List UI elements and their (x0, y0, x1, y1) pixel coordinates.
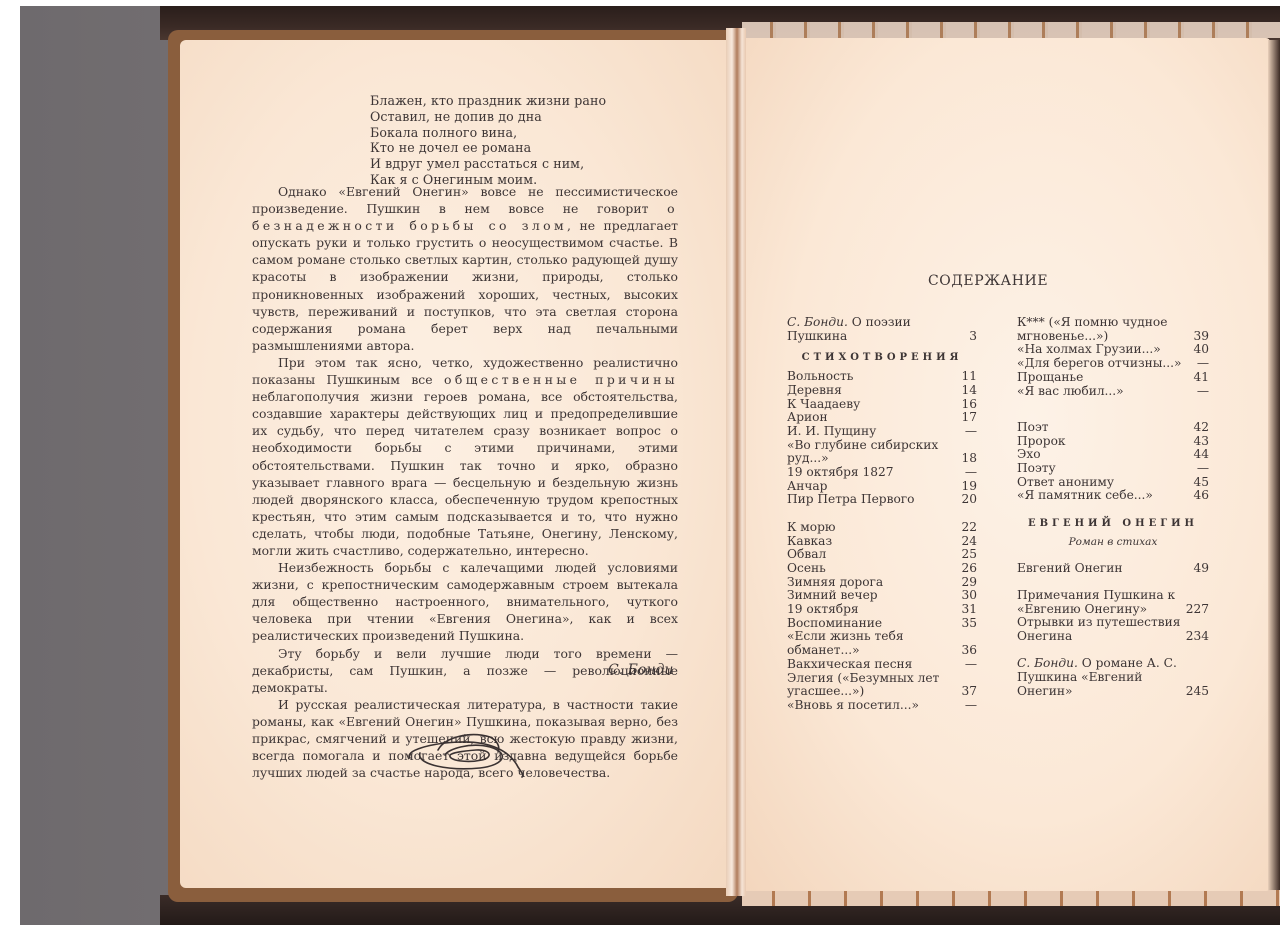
toc-group: Примечания Пушкина к «Евгению Онегину»22… (1017, 589, 1209, 644)
toc-entry-title: Обвал (787, 548, 951, 562)
toc-entry[interactable]: «Я вас любил...»— (1017, 385, 1209, 399)
toc-entry-page: 29 (951, 576, 977, 590)
toc-entry-page: — (951, 699, 977, 713)
toc-entry-page: 40 (1183, 343, 1209, 357)
toc-entry[interactable]: Отрывки из путешествия Онегина234 (1017, 616, 1209, 643)
toc-entry-title: Пир Петра Первого (787, 493, 951, 507)
toc-entry[interactable]: Кавказ24 (787, 535, 977, 549)
toc-entry-page: 18 (951, 452, 977, 466)
toc-entry-page: — (1183, 385, 1209, 399)
toc-entry-page: 45 (1183, 476, 1209, 490)
paragraph: При этом так ясно, четко, художественно … (252, 354, 678, 559)
toc-entry-page: — (951, 425, 977, 439)
toc-entry-page: 35 (951, 617, 977, 631)
verse-line: Блажен, кто праздник жизни рано (370, 93, 606, 109)
toc-entry-page: 41 (1183, 371, 1209, 385)
toc-entry[interactable]: «На холмах Грузии...»40 (1017, 343, 1209, 357)
toc-entry[interactable]: Обвал25 (787, 548, 977, 562)
toc-entry-title: Элегия («Безумных лет угасшее...») (787, 672, 951, 699)
toc-entry[interactable]: Поэту— (1017, 462, 1209, 476)
toc-entry-title: К*** («Я помню чудное мгновенье...») (1017, 316, 1183, 343)
toc-entry[interactable]: Арион17 (787, 411, 977, 425)
toc-section-onegin: ЕВГЕНИЙ ОНЕГИН (1017, 517, 1209, 531)
toc-entry-title: К морю (787, 521, 951, 535)
toc-section-subtitle: Роман в стихах (1017, 536, 1209, 550)
toc-entry-title: 19 октября 1827 (787, 466, 951, 480)
toc-entry-page: 22 (951, 521, 977, 535)
toc-entry[interactable]: Воспоминание35 (787, 617, 977, 631)
toc-entry-page: — (951, 658, 977, 672)
toc-entry-page: 39 (1183, 330, 1209, 344)
toc-entry-title: Эхо (1017, 448, 1183, 462)
toc-entry-page: 14 (951, 384, 977, 398)
toc-entry[interactable]: 19 октября 1827— (787, 466, 977, 480)
toc-entry[interactable]: «Если жизнь тебя обманет...»36 (787, 630, 977, 657)
toc-entry-page: 42 (1183, 421, 1209, 435)
toc-entry-intro[interactable]: С. Бонди. О поэзии Пушкина 3 (787, 316, 977, 343)
toc-entry-title: Зимняя дорога (787, 576, 951, 590)
toc-entry[interactable]: Осень26 (787, 562, 977, 576)
toc-entry[interactable]: Пир Петра Первого20 (787, 493, 977, 507)
page-top-deckle (742, 22, 1280, 38)
book-spine (726, 28, 746, 896)
toc-entry-page: 16 (951, 398, 977, 412)
author-signature: С. Бонди (608, 662, 673, 678)
signature-flourish-icon (390, 725, 540, 785)
toc-entry-page: 26 (951, 562, 977, 576)
toc-entry-title: И. И. Пущину (787, 425, 951, 439)
toc-entry[interactable]: «Я памятник себе...»46 (1017, 489, 1209, 503)
toc-entry-title: Воспоминание (787, 617, 951, 631)
toc-entry[interactable]: Прощанье41 (1017, 371, 1209, 385)
toc-entry[interactable]: Ответ анониму45 (1017, 476, 1209, 490)
toc-entry-page: — (951, 466, 977, 480)
toc-entry[interactable]: Пророк43 (1017, 435, 1209, 449)
toc-entry-title: «Для берегов отчизны...» (1017, 357, 1183, 371)
essay-body: Однако «Евгений Онегин» вовсе не пессими… (252, 183, 678, 781)
toc-entry-title: Поэту (1017, 462, 1183, 476)
toc-section-poems: СТИХОТВОРЕНИЯ (787, 351, 977, 365)
book-right-edge (1268, 40, 1280, 890)
verse-line: И вдруг умел расстаться с ним, (370, 156, 606, 172)
toc-left-column: С. Бонди. О поэзии Пушкина 3 СТИХОТВОРЕН… (787, 316, 977, 713)
toc-entry[interactable]: 19 октября31 (787, 603, 977, 617)
toc-entry-title: Вольность (787, 370, 951, 384)
toc-entry-title: Зимний вечер (787, 589, 951, 603)
toc-entry-page: 11 (951, 370, 977, 384)
toc-entry-page: 227 (1183, 603, 1209, 617)
toc-entry-title: Кавказ (787, 535, 951, 549)
toc-entry[interactable]: Анчар19 (787, 480, 977, 494)
toc-entry-title: Деревня (787, 384, 951, 398)
toc-entry-title: «Если жизнь тебя обманет...» (787, 630, 951, 657)
toc-entry-title: Прощанье (1017, 371, 1183, 385)
toc-entry-title: 19 октября (787, 603, 951, 617)
toc-entry-page: 24 (951, 535, 977, 549)
toc-entry-page: 17 (951, 411, 977, 425)
toc-entry-title: Арион (787, 411, 951, 425)
toc-entry[interactable]: И. И. Пущину— (787, 425, 977, 439)
toc-entry-title: «Я вас любил...» (1017, 385, 1183, 399)
toc-entry-title: Пророк (1017, 435, 1183, 449)
paragraph: Неизбежность борьбы с калечащими людей у… (252, 559, 678, 644)
toc-entry-page: 46 (1183, 489, 1209, 503)
toc-entry-title: Ответ анониму (1017, 476, 1183, 490)
toc-entry-page: 43 (1183, 435, 1209, 449)
toc-entry[interactable]: Деревня14 (787, 384, 977, 398)
toc-entry-essay[interactable]: С. Бонди. О романе А. С. Пушкина «Евгени… (1017, 657, 1209, 698)
toc-title: СОДЕРЖАНИЕ (928, 273, 1048, 289)
verse-line: Бокала полного вина, (370, 125, 606, 141)
toc-entry-title: Осень (787, 562, 951, 576)
toc-entry-title: «На холмах Грузии...» (1017, 343, 1183, 357)
toc-entry-page: — (1183, 462, 1209, 476)
paragraph: Однако «Евгений Онегин» вовсе не пессими… (252, 183, 678, 354)
toc-entry[interactable]: Элегия («Безумных лет угасшее...»)37 (787, 672, 977, 699)
toc-entry[interactable]: К Чаадаеву16 (787, 398, 977, 412)
verse-line: Кто не дочел ее романа (370, 140, 606, 156)
toc-entry-page: 37 (951, 685, 977, 699)
toc-entry[interactable]: «Вновь я посетил...»— (787, 699, 977, 713)
toc-entry[interactable]: К морю22 (787, 521, 977, 535)
verse-line: Оставил, не допив до дна (370, 109, 606, 125)
toc-entry[interactable]: «Во глубине сибирских руд...»18 (787, 439, 977, 466)
toc-entry-title: Примечания Пушкина к «Евгению Онегину» (1017, 589, 1183, 616)
toc-entry-title: Вакхическая песня (787, 658, 951, 672)
toc-entry-page: 36 (951, 644, 977, 658)
toc-entry-title: «Я памятник себе...» (1017, 489, 1183, 503)
toc-entry-page: — (1183, 357, 1209, 371)
toc-entry-title: Поэт (1017, 421, 1183, 435)
toc-entry-title: «Во глубине сибирских руд...» (787, 439, 951, 466)
toc-entry[interactable]: Зимняя дорога29 (787, 576, 977, 590)
toc-entry[interactable]: Зимний вечер30 (787, 589, 977, 603)
toc-group: Вольность11Деревня14К Чаадаеву16Арион17И… (787, 370, 977, 507)
epigraph-verse: Блажен, кто праздник жизни рано Оставил,… (370, 93, 606, 188)
toc-entry[interactable]: «Для берегов отчизны...»— (1017, 357, 1209, 371)
toc-entry-page: 31 (951, 603, 977, 617)
toc-entry-page: 30 (951, 589, 977, 603)
toc-group: Поэт42Пророк43Эхо44Поэту—Ответ анониму45… (1017, 421, 1209, 503)
toc-entry[interactable]: Вольность11 (787, 370, 977, 384)
toc-entry[interactable]: Поэт42 (1017, 421, 1209, 435)
toc-entry-page: 25 (951, 548, 977, 562)
toc-entry-page: 20 (951, 493, 977, 507)
toc-entry-page: 19 (951, 480, 977, 494)
toc-entry[interactable]: Эхо44 (1017, 448, 1209, 462)
toc-group: К*** («Я помню чудное мгновенье...»)39«Н… (1017, 316, 1209, 398)
toc-entry-title: «Вновь я посетил...» (787, 699, 951, 713)
toc-group: К морю22Кавказ24Обвал25Осень26Зимняя дор… (787, 521, 977, 713)
toc-right-column: К*** («Я помню чудное мгновенье...»)39«Н… (1017, 316, 1209, 699)
toc-entry[interactable]: Вакхическая песня— (787, 658, 977, 672)
toc-entry-page: 44 (1183, 448, 1209, 462)
toc-entry[interactable]: Примечания Пушкина к «Евгению Онегину»22… (1017, 589, 1209, 616)
toc-entry-title: Анчар (787, 480, 951, 494)
toc-entry[interactable]: К*** («Я помню чудное мгновенье...»)39 (1017, 316, 1209, 343)
toc-entry-title: Отрывки из путешествия Онегина (1017, 616, 1183, 643)
toc-entry-page: 234 (1183, 630, 1209, 644)
toc-entry-title: К Чаадаеву (787, 398, 951, 412)
toc-entry[interactable]: Евгений Онегин 49 (1017, 562, 1209, 576)
